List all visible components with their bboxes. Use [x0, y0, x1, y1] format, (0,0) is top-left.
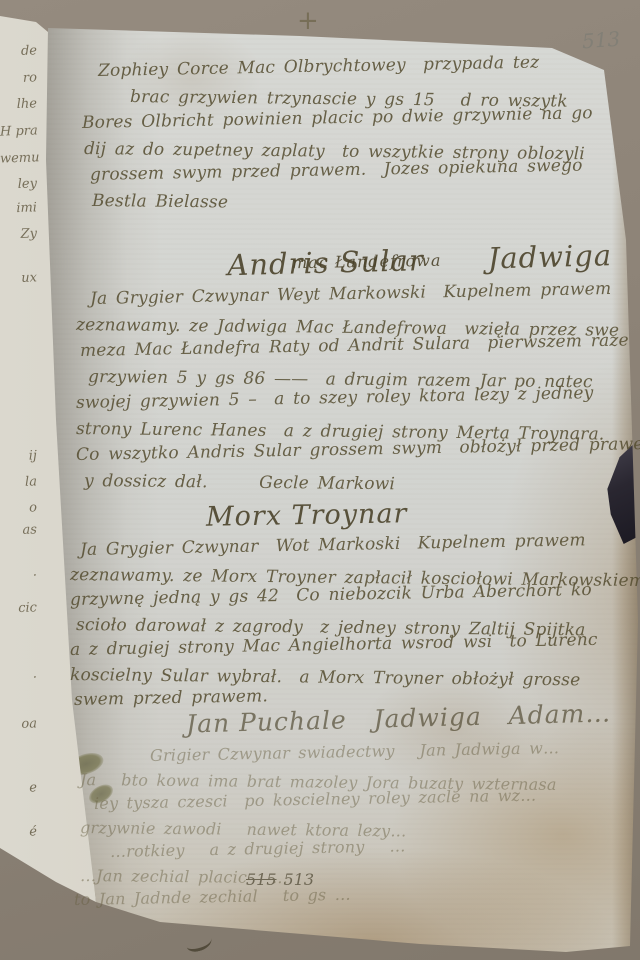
handwritten-line: Ja Grygier Czwynar Wot Markoski Kupelnem…: [80, 527, 640, 563]
handwritten-line: Zophiey Corce Mac Olbrychtowey przypada …: [98, 49, 593, 84]
cross-mark: +: [297, 6, 319, 36]
handwritten-line: Grigier Czwynar swiadectwy Jan Jadwiga w…: [150, 736, 560, 768]
entry-paragraph-1: Zophiey Corce Mac Olbrychtowey przypada …: [82, 58, 593, 214]
footer-number-struck: 515: [246, 870, 277, 889]
entry-paragraph-2: Ja Grygier Czwynar Weyt Markowski Kupeln…: [76, 286, 640, 494]
entry-paragraph-4-faded: Grigier Czwynar swiadectwy Jan Jadwiga w…: [80, 744, 559, 912]
entry-subheading: mac Łandefrowa: [292, 251, 442, 273]
manuscript-photo: derolheH prawemuleyimiZyuxijlaoas·cic·oa…: [0, 0, 640, 960]
entry-heading-morx-troynar: Morx Troynar: [206, 498, 408, 533]
heading-name-right: Jadwiga: [487, 238, 612, 275]
entry-paragraph-3: Ja Grygier Czwynar Wot Markoski Kupelnem…: [70, 538, 640, 713]
footer-page-number: 515513: [246, 870, 314, 889]
handwriting-layer: + 513 Zophiey Corce Mac Olbrychtowey prz…: [0, 0, 640, 960]
footer-number-current: 513: [284, 870, 315, 889]
handwritten-line: y dossicz dał. Gecle Markowi: [84, 468, 640, 500]
